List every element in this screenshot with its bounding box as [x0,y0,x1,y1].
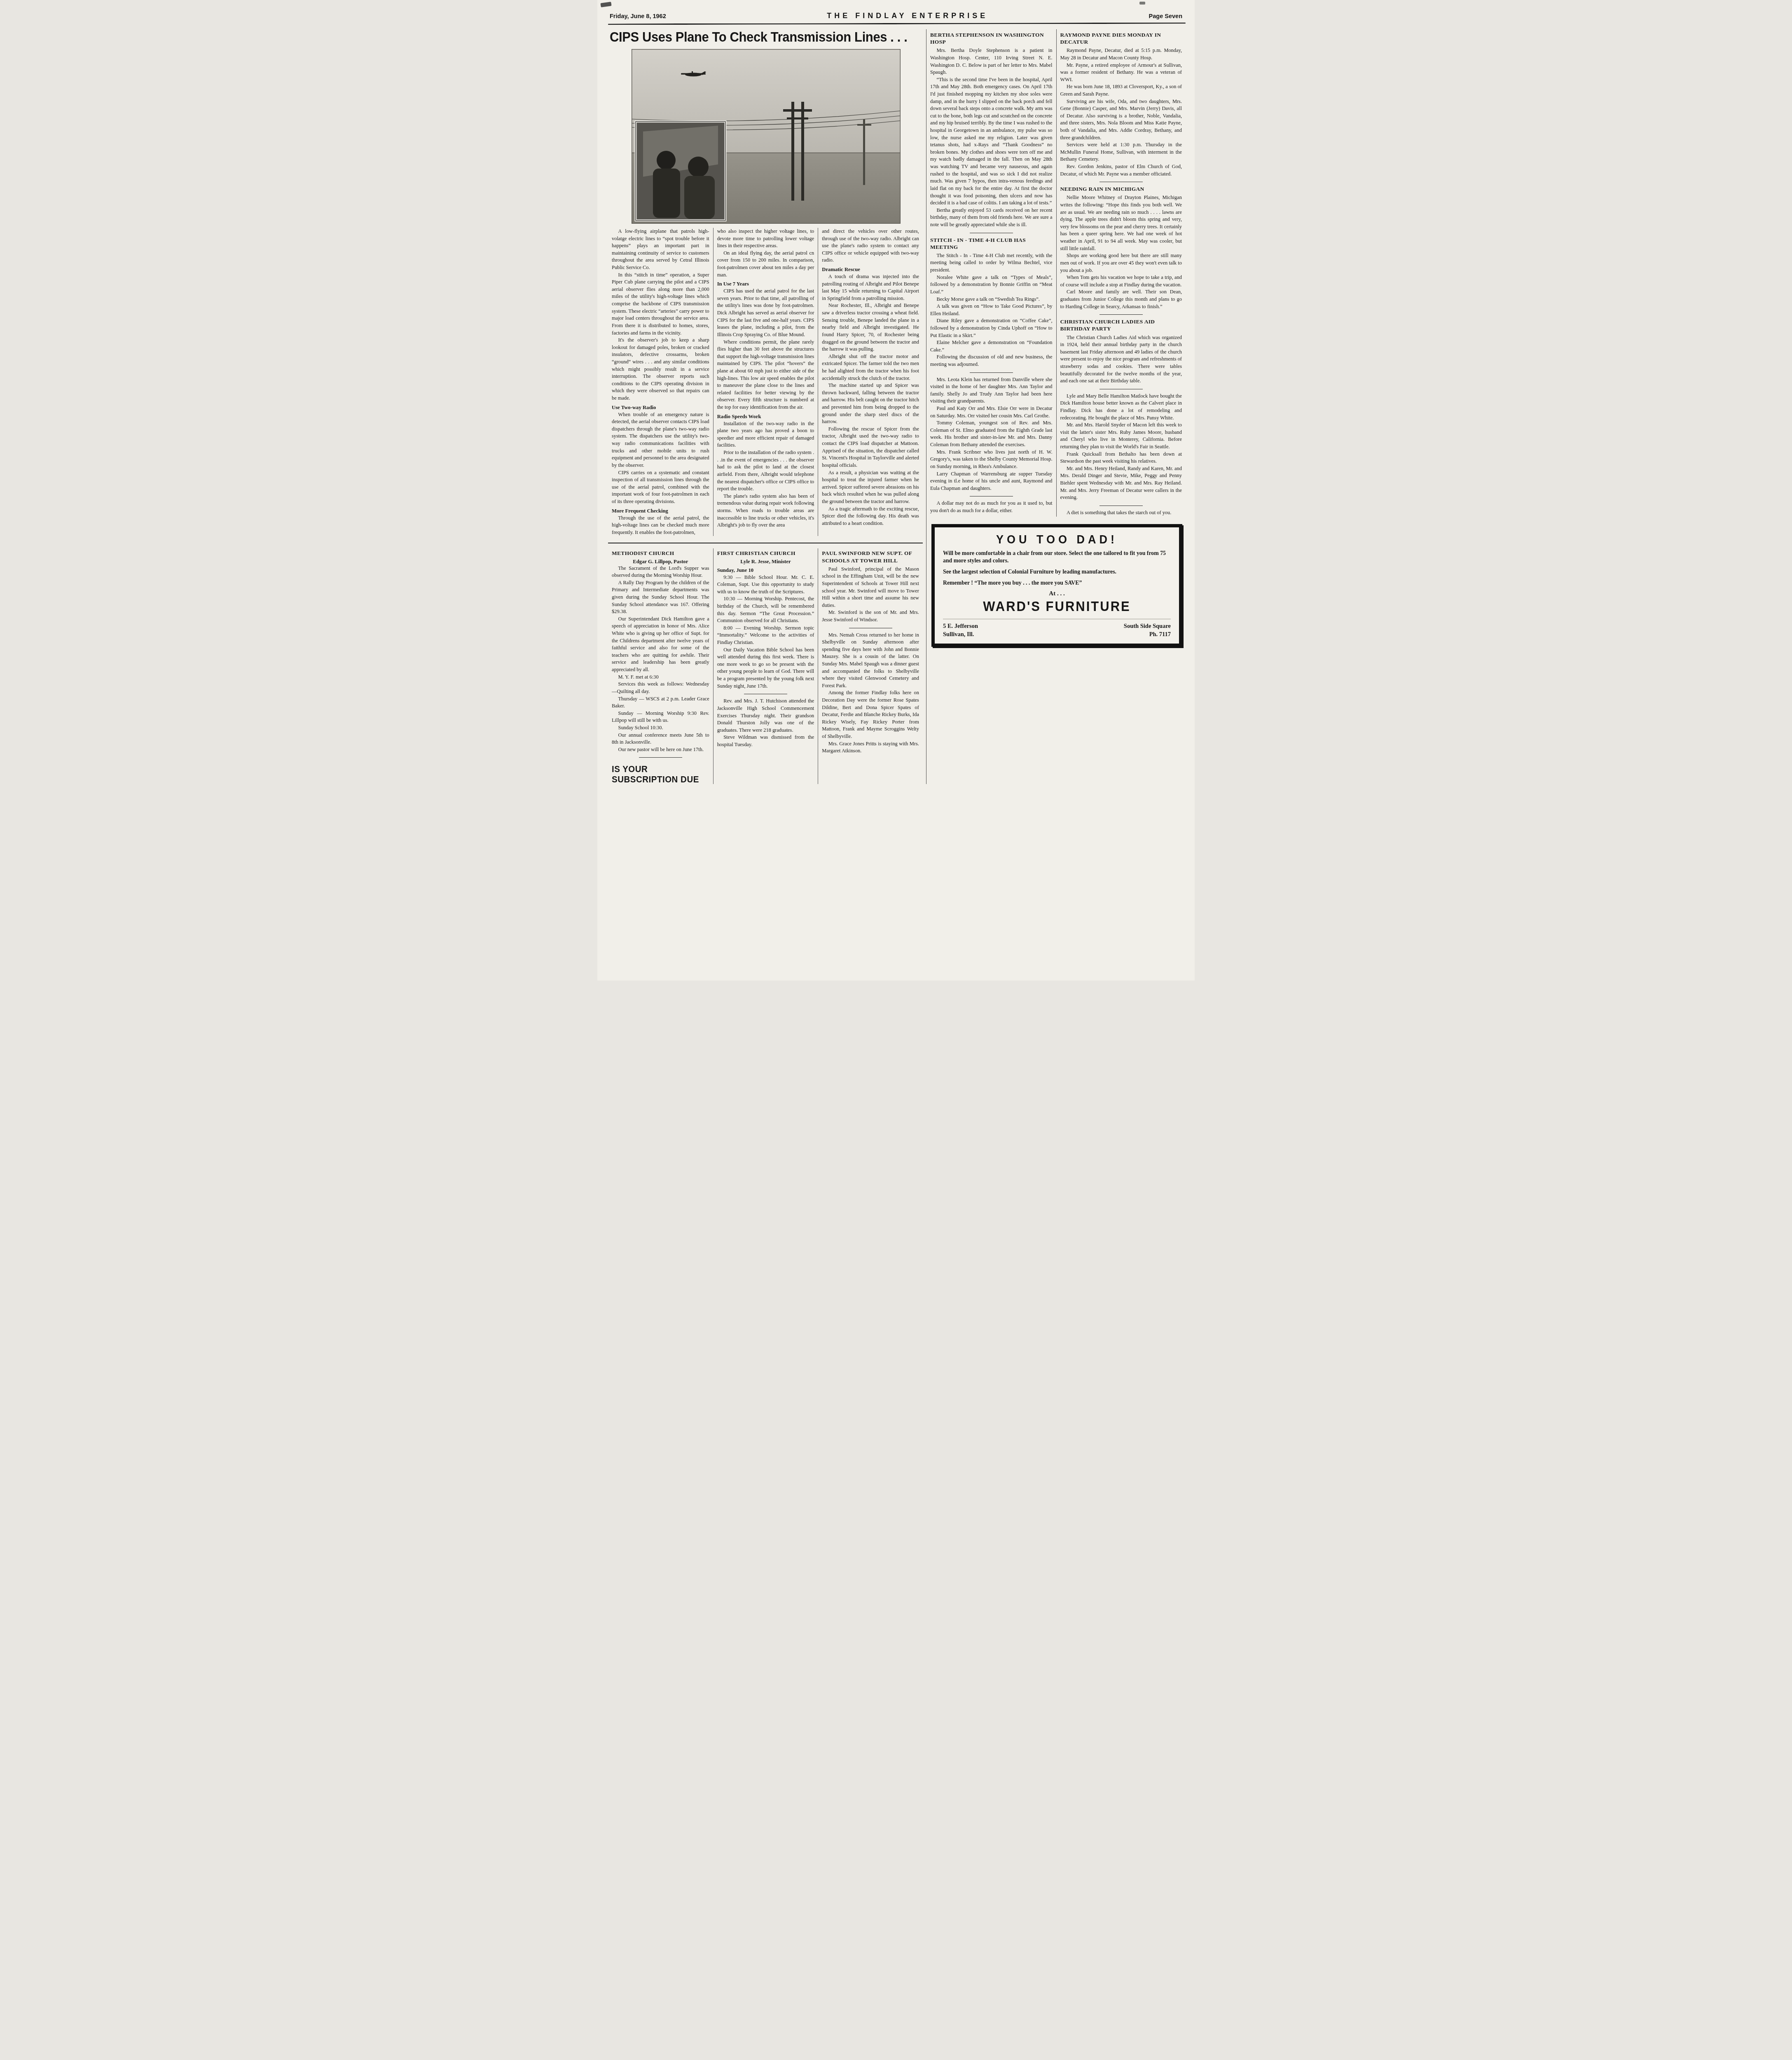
article-headline: CHRISTIAN CHURCH LADIES AID BIRTHDAY PAR… [1060,318,1182,332]
article-paragraph: It's the observer's job to keep a sharp … [612,337,709,402]
article-paragraph: Tommy Coleman, youngest son of Rev. and … [930,419,1053,448]
article-headline: STITCH - IN - TIME 4-H CLUB HAS MEETING [930,236,1053,250]
wards-furniture-ad: YOU TOO DAD! Will be more comfortable in… [931,524,1182,647]
lead-article-columns: A low-flying airplane that patrols high-… [608,228,923,536]
article-paragraph: A Rally Day Program by the children of t… [612,579,709,616]
article-column-2: who also inspect the higher voltage line… [713,228,818,536]
article-paragraph: Through the use of the aerial patrol, th… [612,515,709,536]
article-headline: BERTHA STEPHENSON IN WASHINGTON HOSP [930,31,1053,45]
ad-street-address: 5 E. Jefferson [943,623,978,631]
separator-rule [970,233,1013,233]
article-paragraph: Albright shut off the tractor motor and … [822,353,919,382]
article-paragraph: When trouble of an emergency nature is d… [612,411,709,469]
article-paragraph: Following the rescue of Spicer from the … [822,426,919,469]
news-column-a: BERTHA STEPHENSON IN WASHINGTON HOSPMrs.… [926,29,1056,517]
article-paragraph: Larry Chapman of Warrensburg ate supper … [930,471,1053,492]
article-paragraph: 10:30 — Morning Worship. Pentecost, the … [717,595,814,624]
byline: Lyle R. Jesse, Minister [717,559,814,565]
article-paragraph: CIPS carries on a systematic and constan… [612,469,709,506]
article-paragraph: Our annual conference meets June 5th to … [612,732,709,746]
article-paragraph: As a result, a physician was waiting at … [822,469,919,506]
article-paragraph: Mr. and Mrs. Henry Heiland, Randy and Ka… [1060,465,1182,501]
article-paragraph: Near Rochester, Ill., Albright and Benep… [822,302,919,353]
article-paragraph: Our new pastor will be here on June 17th… [612,746,709,754]
article-paragraph: As a tragic aftermath to the exciting re… [822,506,919,527]
article-paragraph: Services this week as follows: Wednesday… [612,681,709,695]
article-paragraph: “This is the second time I've been in th… [930,76,1053,207]
article-paragraph: Where conditions permit, the plane rarel… [717,339,814,411]
article-paragraph: Mr. Swinford is the son of Mr. and Mrs. … [822,609,919,623]
article-paragraph: A dollar may not do as much for you as i… [930,500,1053,514]
separator-rule [1100,314,1143,315]
article-paragraph: Mrs. Nemah Cross returned to her home in… [822,632,919,690]
header-rule [608,23,1186,25]
article-paragraph: CIPS has used the aerial patrol for the … [717,288,814,338]
article-paragraph: Noralee White gave a talk on “Types of M… [930,274,1053,296]
article-column-3: and direct the vehicles over other route… [818,228,923,536]
article-paragraph: Mr. and Mrs. Harold Snyder of Macon left… [1060,421,1182,450]
cockpit-inset-photo [636,122,725,220]
issue-date: Friday, June 8, 1962 [610,13,666,20]
article-paragraph: Bertha greatly enjoyed 53 cards received… [930,207,1053,229]
article-headline: RAYMOND PAYNE DIES MONDAY IN DECATUR [1060,31,1182,45]
article-paragraph: Our Superintendant Dick Hamilton gave a … [612,616,709,674]
article-paragraph: Among the former Findlay folks here on D… [822,689,919,740]
right-section: BERTHA STEPHENSON IN WASHINGTON HOSPMrs.… [926,29,1186,784]
article-paragraph: In this “stitch in time” operation, a Su… [612,272,709,337]
article-paragraph: Following the discussion of old and new … [930,353,1053,368]
news-column-b: RAYMOND PAYNE DIES MONDAY IN DECATURRaym… [1056,29,1186,517]
article-headline: METHODIST CHURCH [612,550,709,557]
article-paragraph: A low-flying airplane that patrols high-… [612,228,709,272]
separator-rule [970,496,1013,496]
scan-artifact [600,2,611,7]
section-divider [608,543,923,543]
article-paragraph: who also inspect the higher voltage line… [717,228,814,250]
article-headline: NEEDING RAIN IN MICHIGAN [1060,185,1182,192]
article-headline: PAUL SWINFORD NEW SUPT. OF SCHOOLS AT TO… [822,550,919,564]
ad-headline: YOU TOO DAD! [943,532,1171,546]
ad-location: South Side Square [1124,623,1171,631]
article-paragraph: Prior to the installation of the radio s… [717,449,814,493]
ad-footer: 5 E. Jefferson Sullivan, Ill. South Side… [943,619,1171,639]
article-paragraph: Diane Riley gave a demonstration on “Cof… [930,317,1053,339]
separator-rule [639,757,682,758]
byline: Edgar G. Lillpop, Pastor [612,559,709,565]
newspaper-page: Friday, June 8, 1962 THE FINDLAY ENTERPR… [597,0,1195,981]
page-number: Page Seven [1149,13,1182,20]
article-subhead: Sunday, June 10 [717,567,814,574]
article-paragraph: Thursday — WSCS at 2 p.m. Leader Grace B… [612,695,709,710]
ad-copy-line: See the largest selection of Colonial Fu… [943,568,1171,576]
page-header: Friday, June 8, 1962 THE FINDLAY ENTERPR… [608,11,1186,20]
separator-rule [849,628,892,628]
scan-artifact [1139,2,1145,5]
article-paragraph: Raymond Payne, Decatur, died at 5:15 p.m… [1060,47,1182,61]
article-paragraph: A touch of drama was injected into the p… [822,273,919,302]
article-paragraph: Carl Moore and family are well. Their so… [1060,288,1182,310]
article-paragraph: Becky Morse gave a talk on “Swedish Tea … [930,296,1053,303]
first-christian-column: FIRST CHRISTIAN CHURCHLyle R. Jesse, Min… [713,548,818,784]
page-content: CIPS Uses Plane To Check Transmission Li… [608,29,1186,784]
ad-city: Sullivan, Ill. [943,631,978,639]
article-paragraph: Elaine Melcher gave a demonstration on “… [930,339,1053,353]
article-subhead: More Frequent Checking [612,508,709,514]
article-paragraph: On an ideal flying day, the aerial patro… [717,250,814,279]
bottom-columns: METHODIST CHURCHEdgar G. Lillpop, Pastor… [608,548,923,784]
separator-rule [744,694,787,694]
article-paragraph: Mrs. Bertha Doyle Stephenson is a patien… [930,47,1053,76]
article-paragraph: 8:00 — Evening Worship. Sermon topic “Im… [717,625,814,646]
article-paragraph: Mrs. Grace Jones Pritts is staying with … [822,740,919,755]
article-column-1: A low-flying airplane that patrols high-… [608,228,713,536]
article-paragraph: Paul and Katy Orr and Mrs. Elsie Orr wer… [930,405,1053,419]
article-paragraph: Sunday School 10:30. [612,724,709,732]
article-paragraph: 9:30 — Bible School Hour. Mr. C. E. Cole… [717,574,814,596]
ad-store-name: WARD'S FURNITURE [943,599,1171,615]
article-paragraph: The Stitch - In - Time 4-H Club met rece… [930,252,1053,274]
lead-photo [632,49,901,224]
subscription-notice: IS YOUR SUBSCRIPTION DUE [612,764,709,785]
article-paragraph: A diet is something that takes the starc… [1060,509,1182,517]
article-paragraph: M. Y. F. met at 6:30 [612,674,709,681]
article-paragraph: The plane's radio system also has been o… [717,493,814,529]
separator-rule [970,372,1013,373]
article-paragraph: Installation of the two-way radio in the… [717,420,814,449]
article-subhead: In Use 7 Years [717,281,814,287]
article-paragraph: Shops are working good here but there ar… [1060,252,1182,274]
article-paragraph: Sunday — Morning Worship 9:30 Rev. Lillp… [612,710,709,724]
aerial-patrol-photo-illustration [632,49,901,224]
ad-copy-line: Will be more comfortable in a chair from… [943,550,1171,564]
article-paragraph: Nellie Moore Whitney of Drayton Plaines,… [1060,194,1182,252]
article-paragraph: Rev. Gordon Jenkins, pastor of Elm Churc… [1060,163,1182,178]
lead-headline: CIPS Uses Plane To Check Transmission Li… [610,29,923,45]
main-section: CIPS Uses Plane To Check Transmission Li… [608,29,926,784]
article-subhead: Radio Speeds Work [717,414,814,420]
article-paragraph: Surviving are his wife, Oda, and two dau… [1060,98,1182,142]
swinford-column: PAUL SWINFORD NEW SUPT. OF SCHOOLS AT TO… [818,548,923,784]
article-paragraph: The machine started up and Spicer was th… [822,382,919,426]
article-paragraph: Rev. and Mrs. J. T. Hutchison attended t… [717,698,814,734]
article-paragraph: When Tom gets his vacation we hope to ta… [1060,274,1182,288]
article-paragraph: He was born June 18, 1893 at Cloversport… [1060,83,1182,98]
article-paragraph: Frank Quicksall from Bethalto has been d… [1060,451,1182,465]
article-paragraph: Mrs. Frank Scribner who lives just north… [930,449,1053,471]
article-paragraph: The Christian Church Ladies Aid which wa… [1060,334,1182,385]
article-subhead: Use Two-way Radio [612,405,709,411]
article-paragraph: Mrs. Leota Klein has returned from Danvi… [930,376,1053,405]
news-columns: BERTHA STEPHENSON IN WASHINGTON HOSPMrs.… [926,29,1186,517]
article-paragraph: Services were held at 1:30 p.m. Thursday… [1060,141,1182,163]
separator-rule [1100,182,1143,182]
article-paragraph: Steve Wildman was dismissed from the hos… [717,734,814,748]
ad-phone: Ph. 7117 [1124,631,1171,639]
masthead-title: THE FINDLAY ENTERPRISE [827,12,988,20]
ad-copy-line: Remember ! “The more you buy . . . the m… [943,579,1171,587]
methodist-church-column: METHODIST CHURCHEdgar G. Lillpop, Pastor… [608,548,713,784]
article-subhead: Dramatic Rescue [822,267,919,273]
article-paragraph: and direct the vehicles over other route… [822,228,919,264]
ad-at-line: At . . . [943,590,1171,597]
separator-rule [1100,389,1143,389]
separator-rule [1100,506,1143,506]
article-paragraph: Mr. Payne, a retired employee of Armour'… [1060,62,1182,84]
article-paragraph: Our Daily Vacation Bible School has been… [717,646,814,690]
article-paragraph: A talk was given on “How to Take Good Pi… [930,303,1053,317]
article-paragraph: Lyle and Mary Belle Hamilton Matlock hav… [1060,393,1182,421]
article-paragraph: The Sacrament of the Lord's Supper was o… [612,565,709,579]
article-paragraph: Paul Swinford, principal of the Mason sc… [822,566,919,609]
article-headline: FIRST CHRISTIAN CHURCH [717,550,814,557]
